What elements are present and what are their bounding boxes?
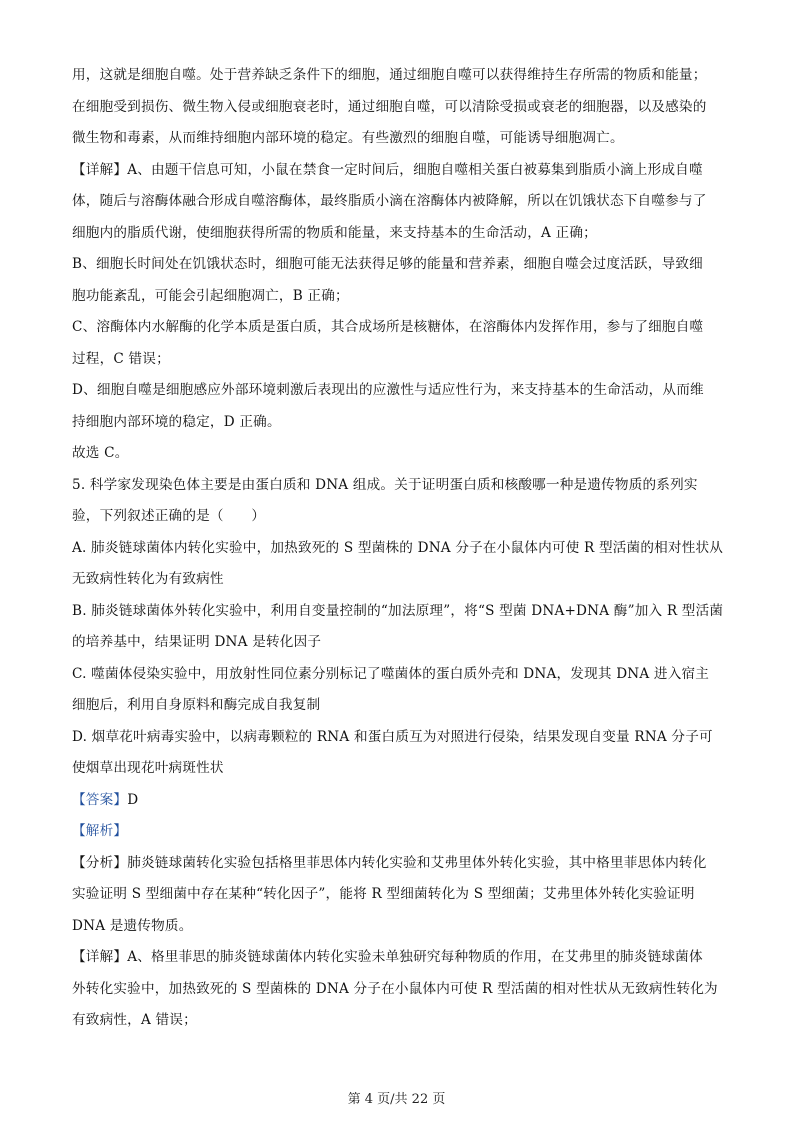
question-stem: 5. 科学家发现染色体主要是由蛋白质和 DNA 组成。关于证明蛋白质和核酸哪一种…: [72, 472, 722, 504]
option-c: 细胞后，利用自身原料和酶完成自我复制: [72, 692, 722, 724]
option-b: 的培养基中，结果证明 DNA 是转化因子: [72, 629, 722, 661]
text-line: 有致病性，A 错误；: [72, 1007, 722, 1039]
text-line: DNA 是遗传物质。: [72, 913, 722, 945]
page-body: 用，这就是细胞自噬。处于营养缺乏条件下的细胞，通过细胞自噬可以获得维持生存所需的…: [72, 62, 722, 1039]
analysis-heading: 【解析】: [72, 818, 722, 850]
option-d: D. 烟草花叶病毒实验中，以病毒颗粒的 RNA 和蛋白质互为对照进行侵染，结果发…: [72, 724, 722, 756]
section-label-detail: 【详解】: [72, 949, 127, 965]
text-line: 外转化实验中，加热致死的 S 型菌株的 DNA 分子在小鼠体内可使 R 型活菌的…: [72, 976, 722, 1008]
text-line: C、溶酶体内水解酶的化学本质是蛋白质，其合成场所是核糖体，在溶酶体内发挥作用，参…: [72, 314, 722, 346]
text-line: 微生物和毒素，从而维持细胞内部环境的稳定。有些激烈的细胞自噬，可能诱导细胞凋亡。: [72, 125, 722, 157]
option-a: 无致病性转化为有致病性: [72, 566, 722, 598]
text-line: 【分析】肺炎链球菌转化实验包括格里菲思体内转化实验和艾弗里体外转化实验，其中格里…: [72, 850, 722, 882]
option-b: B. 肺炎链球菌体外转化实验中，利用自变量控制的“加法原理”，将“S 型菌 DN…: [72, 598, 722, 630]
section-label-analysis: 【分析】: [72, 855, 127, 871]
answer-value: D: [127, 792, 138, 808]
text-line: 细胞内的脂质代谢，使细胞获得所需的物质和能量，来支持基本的生命活动，A 正确；: [72, 220, 722, 252]
page-number-footer: 第 4 页/共 22 页: [0, 1088, 793, 1107]
text-line: 故选 C。: [72, 440, 722, 472]
answer-label: 【答案】: [72, 792, 127, 808]
text-line: B、细胞长时间处在饥饿状态时，细胞可能无法获得足够的能量和营养素，细胞自噬会过度…: [72, 251, 722, 283]
option-a: A. 肺炎链球菌体内转化实验中，加热致死的 S 型菌株的 DNA 分子在小鼠体内…: [72, 535, 722, 567]
text-line: 【详解】A、由题干信息可知，小鼠在禁食一定时间后，细胞自噬相关蛋白被募集到脂质小…: [72, 157, 722, 189]
question-stem: 验，下列叙述正确的是（ ）: [72, 503, 722, 535]
option-d: 使烟草出现花叶病斑性状: [72, 755, 722, 787]
document-page: 用，这就是细胞自噬。处于营养缺乏条件下的细胞，通过细胞自噬可以获得维持生存所需的…: [0, 0, 793, 1122]
analysis-label: 【解析】: [72, 823, 127, 839]
text-line: 过程，C 错误；: [72, 346, 722, 378]
text-line: 用，这就是细胞自噬。处于营养缺乏条件下的细胞，通过细胞自噬可以获得维持生存所需的…: [72, 62, 722, 94]
text-line: D、细胞自噬是细胞感应外部环境刺激后表现出的应激性与适应性行为，来支持基本的生命…: [72, 377, 722, 409]
text-line: 胞功能紊乱，可能会引起细胞凋亡，B 正确；: [72, 283, 722, 315]
answer-line: 【答案】D: [72, 787, 722, 819]
text-line: 实验证明 S 型细菌中存在某种“转化因子”，能将 R 型细菌转化为 S 型细菌；…: [72, 881, 722, 913]
section-label-detail: 【详解】: [72, 162, 127, 178]
text-line: 在细胞受到损伤、微生物入侵或细胞衰老时，通过细胞自噬，可以清除受损或衰老的细胞器…: [72, 94, 722, 126]
option-c: C. 噬菌体侵染实验中，用放射性同位素分别标记了噬菌体的蛋白质外壳和 DNA，发…: [72, 661, 722, 693]
text-line: 持细胞内部环境的稳定，D 正确。: [72, 409, 722, 441]
text-line: 【详解】A、格里菲思的肺炎链球菌体内转化实验未单独研究每种物质的作用，在艾弗里的…: [72, 944, 722, 976]
text-line: 体，随后与溶酶体融合形成自噬溶酶体，最终脂质小滴在溶酶体内被降解，所以在饥饿状态…: [72, 188, 722, 220]
